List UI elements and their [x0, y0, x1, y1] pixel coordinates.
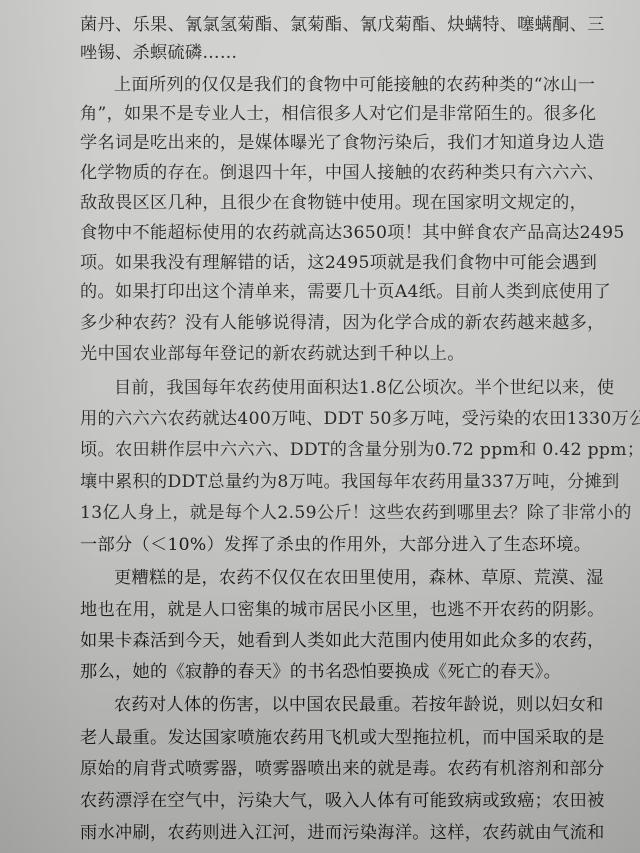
text-line: 项。如果我没有理解错的话，这2495项就是我们食物中可能会遇到 — [80, 252, 570, 274]
text-line: 多少种农药？没有人能够说得清，因为化学合成的新农药越来越多， — [80, 312, 570, 334]
paragraph-first-line: 目前，我国每年农药使用面积达1.8亿公顷次。半个世纪以来，使 — [114, 377, 570, 399]
text-line: 菌丹、乐果、氰氯氢菊酯、氯菊酯、氰戊菊酯、炔螨特、噻螨酮、三 — [80, 14, 570, 36]
text-line: 用的六六六农药就达400万吨、DDT 50多万吨，受污染的农田1330万公 — [80, 408, 570, 430]
text-line: 原始的肩背式喷雾器，喷雾器喷出来的就是毒。农药有机溶剂和部分 — [80, 758, 570, 780]
text-line: 学名词是吃出来的，是媒体曝光了食物污染后，我们才知道身边人造 — [80, 132, 570, 154]
text-line: 一部分（＜10%）发挥了杀虫的作用外，大部分进入了生态环境。 — [80, 534, 570, 556]
text-line: 壤中累积的DDT总量约为8万吨。我国每年农药用量337万吨，分摊到 — [80, 471, 570, 493]
text-line: 地也在用，就是人口密集的城市居民小区里，也逃不开农药的阴影。 — [80, 599, 570, 621]
book-page: 菌丹、乐果、氰氯氢菊酯、氯菊酯、氰戊菊酯、炔螨特、噻螨酮、三 唑锡、杀螟硫磷……… — [0, 0, 640, 853]
text-line: 的。如果打印出这个清单来，需要几十页A4纸。目前人类到底使用了 — [80, 281, 570, 303]
text-line: 老人最重。发达国家喷施农药用飞机或大型拖拉机，而中国采取的是 — [80, 727, 570, 749]
text-line: 13亿人身上，就是每个人2.59公斤！这些农药到哪里去？除了非常小的 — [80, 502, 570, 524]
text-line: 唑锡、杀螟硫磷…… — [80, 42, 570, 64]
paragraph-first-line: 上面所列的仅仅是我们的食物中可能接触的农药种类的“冰山一 — [114, 74, 570, 96]
text-line: 敌敌畏区区几种，且很少在食物链中使用。现在国家明文规定的， — [80, 192, 570, 214]
text-line: 那么，她的《寂静的春天》的书名恐怕要换成《死亡的春天》。 — [80, 661, 570, 683]
text-line: 农药漂浮在空气中，污染大气，吸入人体有可能致病或致癌；农田被 — [80, 790, 570, 812]
paragraph-first-line: 农药对人体的伤害，以中国农民最重。若按年龄说，则以妇女和 — [114, 694, 570, 716]
text-line: 雨水冲刷，农药则进入江河，进而污染海洋。这样，农药就由气流和 — [80, 822, 570, 844]
text-line: 光中国农业部每年登记的新农药就达到千种以上。 — [80, 343, 570, 365]
paragraph-first-line: 更糟糕的是，农药不仅仅在农田里使用，森林、草原、荒漠、湿 — [114, 567, 570, 589]
text-line: 如果卡森活到今天，她看到人类如此大范围内使用如此众多的农药， — [80, 630, 570, 652]
text-line: 食物中不能超标使用的农药就高达3650项！其中鲜食农产品高达2495 — [80, 222, 570, 244]
text-line: 化学物质的存在。倒退四十年，中国人接触的农药种类只有六六六、 — [80, 162, 570, 184]
text-line: 角”，如果不是专业人士，相信很多人对它们是非常陌生的。很多化 — [80, 103, 570, 125]
text-line: 顷。农田耕作层中六六六、DDT的含量分别为0.72 ppm和 0.42 ppm；… — [80, 439, 570, 461]
